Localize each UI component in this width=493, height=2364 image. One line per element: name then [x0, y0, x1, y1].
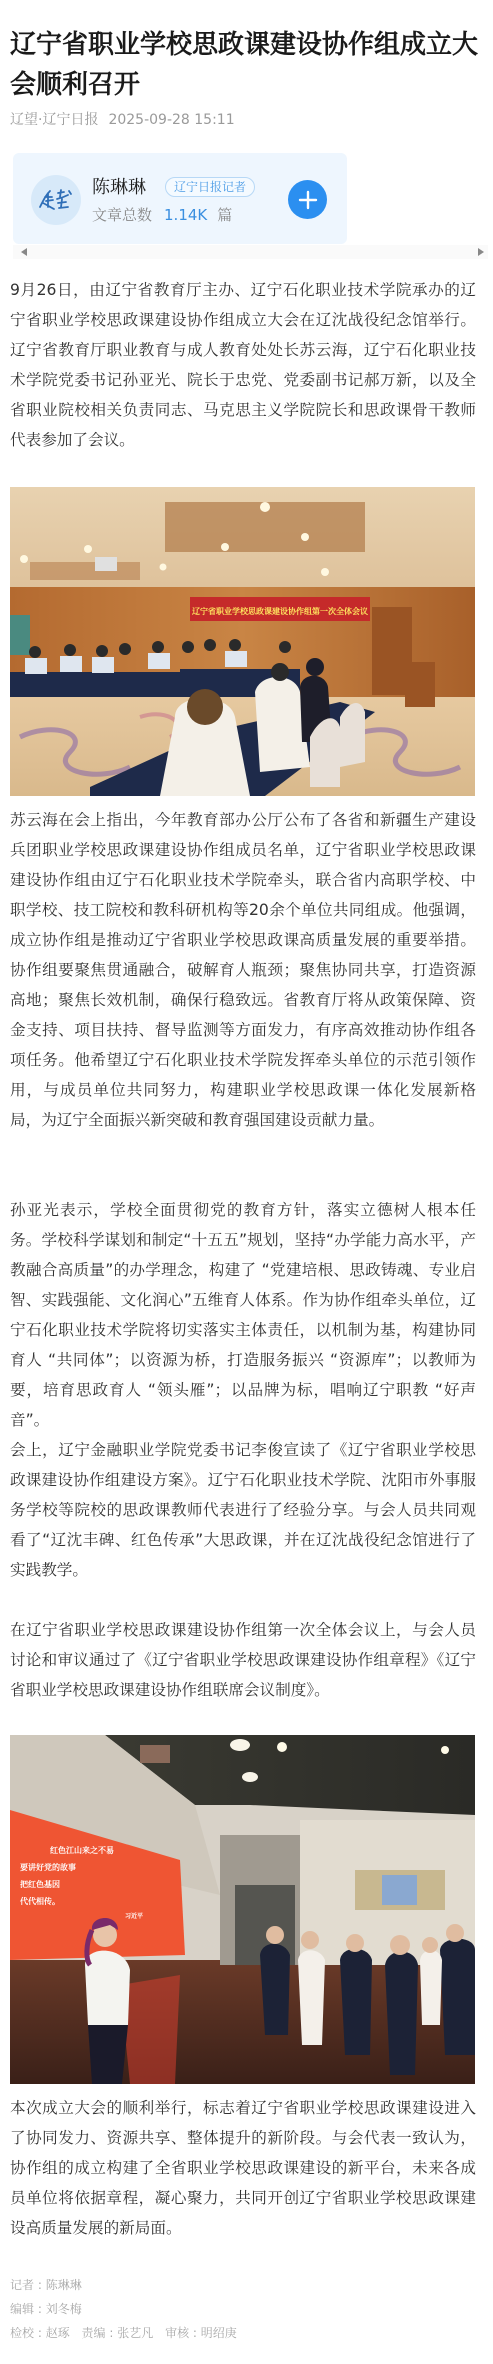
article-credits: 记者 : 陈琳琳 编辑 : 刘冬梅 检校 : 赵琢 责编 : 张艺凡 审核 : … [10, 2273, 237, 2345]
memorial-hall-photo[interactable]: 红色江山来之不易 要讲好党的故事 把红色基因 代代相传。 习近平 [10, 1735, 475, 2084]
svg-text:习近平: 习近平 [125, 1912, 143, 1920]
reviewer-name: 明绍庚 [201, 2326, 237, 2340]
svg-text:要讲好党的故事: 要讲好党的故事 [20, 1862, 76, 1872]
paragraph-3: 孙亚光表示，学校全面贯彻党的教育方针，落实立德树人根本任务。学校科学谋划和制定“… [10, 1195, 476, 1435]
article-meta: 辽望·辽宁日报2025-09-28 15:11 [10, 108, 235, 132]
author-role-badge: 辽宁日报记者 [165, 177, 255, 197]
stats-label: 文章总数 [92, 206, 152, 224]
reporter-name: 陈琳琳 [46, 2278, 82, 2292]
article-datetime: 2025-09-28 15:11 [108, 112, 234, 128]
article-title: 辽宁省职业学校思政课建设协作组成立大会顺利召开 [10, 25, 480, 105]
article-source[interactable]: 辽望·辽宁日报 [10, 112, 98, 128]
paragraph-4: 会上，辽宁金融职业学院党委书记李俊宣读了《辽宁省职业学校思政课建设协作组建设方案… [10, 1435, 476, 1585]
follow-button[interactable] [288, 180, 327, 219]
meeting-photo[interactable]: 辽宁省职业学校思政课建设协作组第一次全体会议 [10, 487, 475, 796]
author-avatar[interactable] [31, 175, 81, 225]
paragraph-2: 苏云海在会上指出，今年教育部办公厅公布了各省和新疆生产建设兵团职业学校思政课建设… [10, 805, 476, 1135]
paragraph-5: 在辽宁省职业学校思政课建设协作组第一次全体会议上，与会人员讨论和审议通过了《辽宁… [10, 1615, 476, 1705]
stats-unit: 篇 [217, 206, 232, 224]
svg-text:辽宁省职业学校思政课建设协作组第一次全体会议: 辽宁省职业学校思政课建设协作组第一次全体会议 [192, 606, 368, 616]
memorial-hall-image: 红色江山来之不易 要讲好党的故事 把红色基因 代代相传。 习近平 [10, 1735, 475, 2084]
svg-text:代代相传。: 代代相传。 [20, 1896, 60, 1906]
proof-name: 赵琢 [46, 2326, 70, 2340]
author-name[interactable]: 陈琳琳 [92, 175, 146, 201]
credit-editor: 编辑 : 刘冬梅 [10, 2297, 237, 2321]
svg-text:红色江山来之不易: 红色江山来之不易 [50, 1845, 114, 1855]
scroll-left-arrow-icon[interactable] [21, 248, 27, 256]
author-article-stats: 文章总数1.14K篇 [92, 204, 232, 226]
horizontal-scrollbar[interactable] [13, 245, 488, 259]
paragraph-6: 本次成立大会的顺利举行，标志着辽宁省职业学校思政课建设进入了协同发力、资源共享、… [10, 2093, 476, 2243]
credit-reporter: 记者 : 陈琳琳 [10, 2273, 237, 2297]
author-card[interactable]: 陈琳琳 辽宁日报记者 文章总数1.14K篇 [13, 153, 347, 244]
plus-icon [298, 190, 318, 210]
credit-review-line: 检校 : 赵琢 责编 : 张艺凡 审核 : 明绍庚 [10, 2321, 237, 2345]
stats-count: 1.14K [164, 206, 207, 224]
liaowang-logo-icon [36, 185, 76, 215]
chief-editor-name: 张艺凡 [117, 2326, 153, 2340]
meeting-room-image: 辽宁省职业学校思政课建设协作组第一次全体会议 [10, 487, 475, 796]
svg-text:把红色基因: 把红色基因 [20, 1879, 60, 1889]
paragraph-1: 9月26日，由辽宁省教育厅主办、辽宁石化职业技术学院承办的辽宁省职业学校思政课建… [10, 275, 476, 455]
editor-name: 刘冬梅 [46, 2302, 82, 2316]
scroll-right-arrow-icon[interactable] [478, 248, 484, 256]
